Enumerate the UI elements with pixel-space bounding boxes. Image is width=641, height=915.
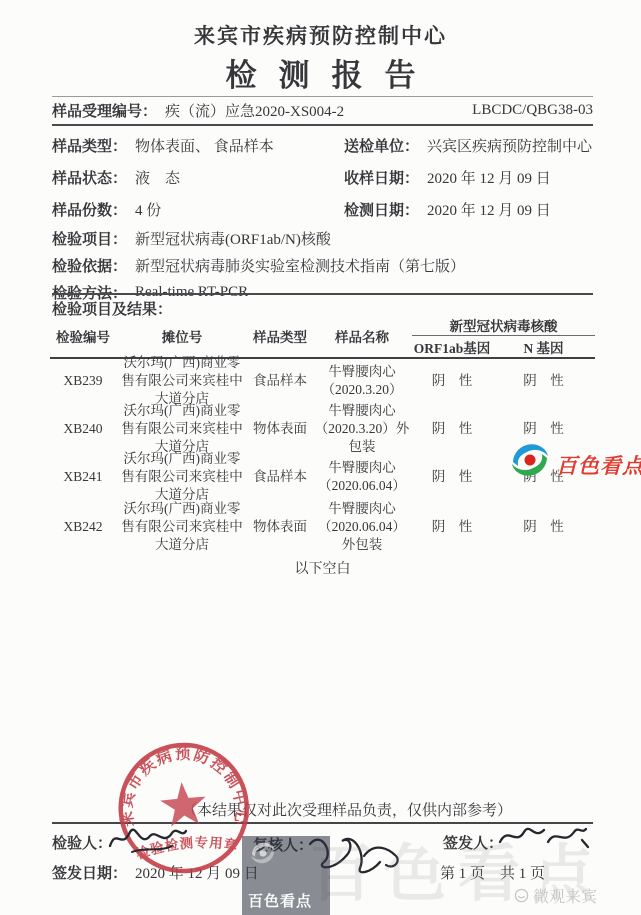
- cell-name: 牛臀腰肉心（2020.06.04）外包装: [312, 499, 412, 555]
- form-row: 样品份数：4 份 检测日期：2020 年 12 月 09 日: [52, 193, 593, 225]
- corner-watermark-text: 微观来宾: [533, 884, 597, 907]
- cell-orf-result: 阴 性: [412, 359, 492, 403]
- brand-watermark-text: 百色看点: [556, 450, 641, 480]
- form-row: 检验依据：新型冠状病毒肺炎实验室检测技术指南（第七版）: [52, 252, 593, 279]
- col-group-label: 新型冠状病毒核酸: [412, 315, 595, 336]
- brand-watermark-box-text: 百色看点: [248, 890, 312, 911]
- cell-orf-result: 阴 性: [412, 499, 492, 555]
- sample-count-value: 4 份: [135, 199, 161, 220]
- cell-name: 牛臀腰肉心（2020.06.04）: [312, 455, 412, 499]
- cell-name: 牛臀腰肉心（2020.3.20）外包装: [312, 403, 412, 455]
- col-header-name: 样品名称: [312, 315, 412, 357]
- cell-n-result: 阴 性: [492, 359, 595, 403]
- test-item-value: 新型冠状病毒(ORF1ab/N)核酸: [135, 228, 331, 249]
- cell-stall: 沃尔玛(广西)商业零售有限公司来宾桂中大道分店: [116, 403, 248, 455]
- cell-name: 牛臀腰肉心（2020.3.20）: [312, 359, 412, 403]
- sender-label: 送检单位：: [344, 135, 419, 156]
- col-header-ngene: N 基因: [492, 336, 595, 357]
- cell-orf-result: 阴 性: [412, 403, 492, 455]
- cell-id: XB242: [50, 499, 116, 555]
- table-end-note: 以下空白: [50, 555, 595, 581]
- sample-state-value: 液 态: [135, 167, 180, 188]
- sample-count-label: 样品份数：: [52, 199, 127, 220]
- test-date-value: 2020 年 12 月 09 日: [427, 199, 551, 220]
- cell-type: 食品样本: [248, 455, 312, 499]
- brand-watermark-side: 百色看点: [508, 440, 641, 480]
- table-row: XB242 沃尔玛(广西)商业零售有限公司来宾桂中大道分店 物体表面 牛臀腰肉心…: [50, 499, 595, 555]
- cell-type: 物体表面: [248, 403, 312, 455]
- test-item-label: 检验项目：: [52, 228, 127, 249]
- cell-id: XB241: [50, 455, 116, 499]
- sample-no-label: 样品受理编号：: [52, 104, 157, 120]
- cell-id: XB239: [50, 359, 116, 403]
- test-basis-label: 检验依据：: [52, 255, 127, 276]
- org-name: 来宾市疾病预防控制中心: [0, 20, 641, 50]
- receive-date-label: 收样日期：: [344, 167, 419, 188]
- receive-date-value: 2020 年 12 月 09 日: [427, 167, 551, 188]
- cell-type: 物体表面: [248, 499, 312, 555]
- table-row: XB239 沃尔玛(广西)商业零售有限公司来宾桂中大道分店 食品样本 牛臀腰肉心…: [50, 359, 595, 403]
- brand-swirl-icon: [508, 440, 552, 480]
- report-page: 来宾市疾病预防控制中心 检测报告 样品受理编号：疾（流）应急2020-XS004…: [0, 0, 641, 915]
- cell-type: 食品样本: [248, 359, 312, 403]
- brand-swirl-icon: [248, 840, 278, 866]
- report-title: 检测报告: [0, 50, 641, 95]
- table-header: 检验编号 摊位号 样品类型 样品名称 新型冠状病毒核酸 ORF1ab基因 N 基…: [50, 315, 595, 359]
- sample-state-label: 样品状态：: [52, 167, 127, 188]
- col-header-orf1ab: ORF1ab基因: [412, 336, 492, 357]
- smiley-face-icon: [514, 888, 529, 903]
- col-header-id: 检验编号: [50, 315, 116, 357]
- brand-watermark-box: 百色看点: [242, 836, 330, 915]
- form-area: 样品类型：物体表面、 食品样本 送检单位：兴宾区疾病预防控制中心 样品状态：液 …: [52, 129, 593, 306]
- cell-stall: 沃尔玛(广西)商业零售有限公司来宾桂中大道分店: [116, 359, 248, 403]
- inspector-label: 检验人：: [52, 832, 112, 853]
- sender-value: 兴宾区疾病预防控制中心: [427, 135, 592, 156]
- col-group-virus: 新型冠状病毒核酸 ORF1ab基因 N 基因: [412, 315, 595, 357]
- official-stamp: 来宾市疾病预防控制中心 检验检测专用章: [108, 730, 261, 892]
- divider: [52, 293, 593, 295]
- cell-id: XB240: [50, 403, 116, 455]
- test-date-label: 检测日期：: [344, 199, 419, 220]
- form-row: 样品状态：液 态 收样日期：2020 年 12 月 09 日: [52, 161, 593, 193]
- sample-no-value: 疾（流）应急2020-XS004-2: [165, 104, 344, 120]
- sample-type-label: 样品类型：: [52, 135, 127, 156]
- sample-type-value: 物体表面、 食品样本: [135, 135, 274, 156]
- inspector-signature: [106, 818, 190, 862]
- col-header-stall: 摊位号: [116, 315, 248, 357]
- sample-no: 样品受理编号：疾（流）应急2020-XS004-2: [52, 100, 344, 121]
- cell-orf-result: 阴 性: [412, 455, 492, 499]
- cell-stall: 沃尔玛(广西)商业零售有限公司来宾桂中大道分店: [116, 455, 248, 499]
- cell-n-result: 阴 性: [492, 499, 595, 555]
- meta-row: 样品受理编号：疾（流）应急2020-XS004-2 LBCDC/QBG38-03: [52, 96, 593, 126]
- form-row: 样品类型：物体表面、 食品样本 送检单位：兴宾区疾病预防控制中心: [52, 129, 593, 161]
- cell-stall: 沃尔玛(广西)商业零售有限公司来宾桂中大道分店: [116, 499, 248, 555]
- corner-watermark: 微观来宾: [514, 884, 597, 907]
- col-header-type: 样品类型: [248, 315, 312, 357]
- form-row: 检验项目：新型冠状病毒(ORF1ab/N)核酸: [52, 225, 593, 252]
- test-basis-value: 新型冠状病毒肺炎实验室检测技术指南（第七版）: [135, 255, 465, 276]
- doc-code: LBCDC/QBG38-03: [472, 102, 593, 119]
- issue-date-label: 签发日期：: [52, 866, 127, 882]
